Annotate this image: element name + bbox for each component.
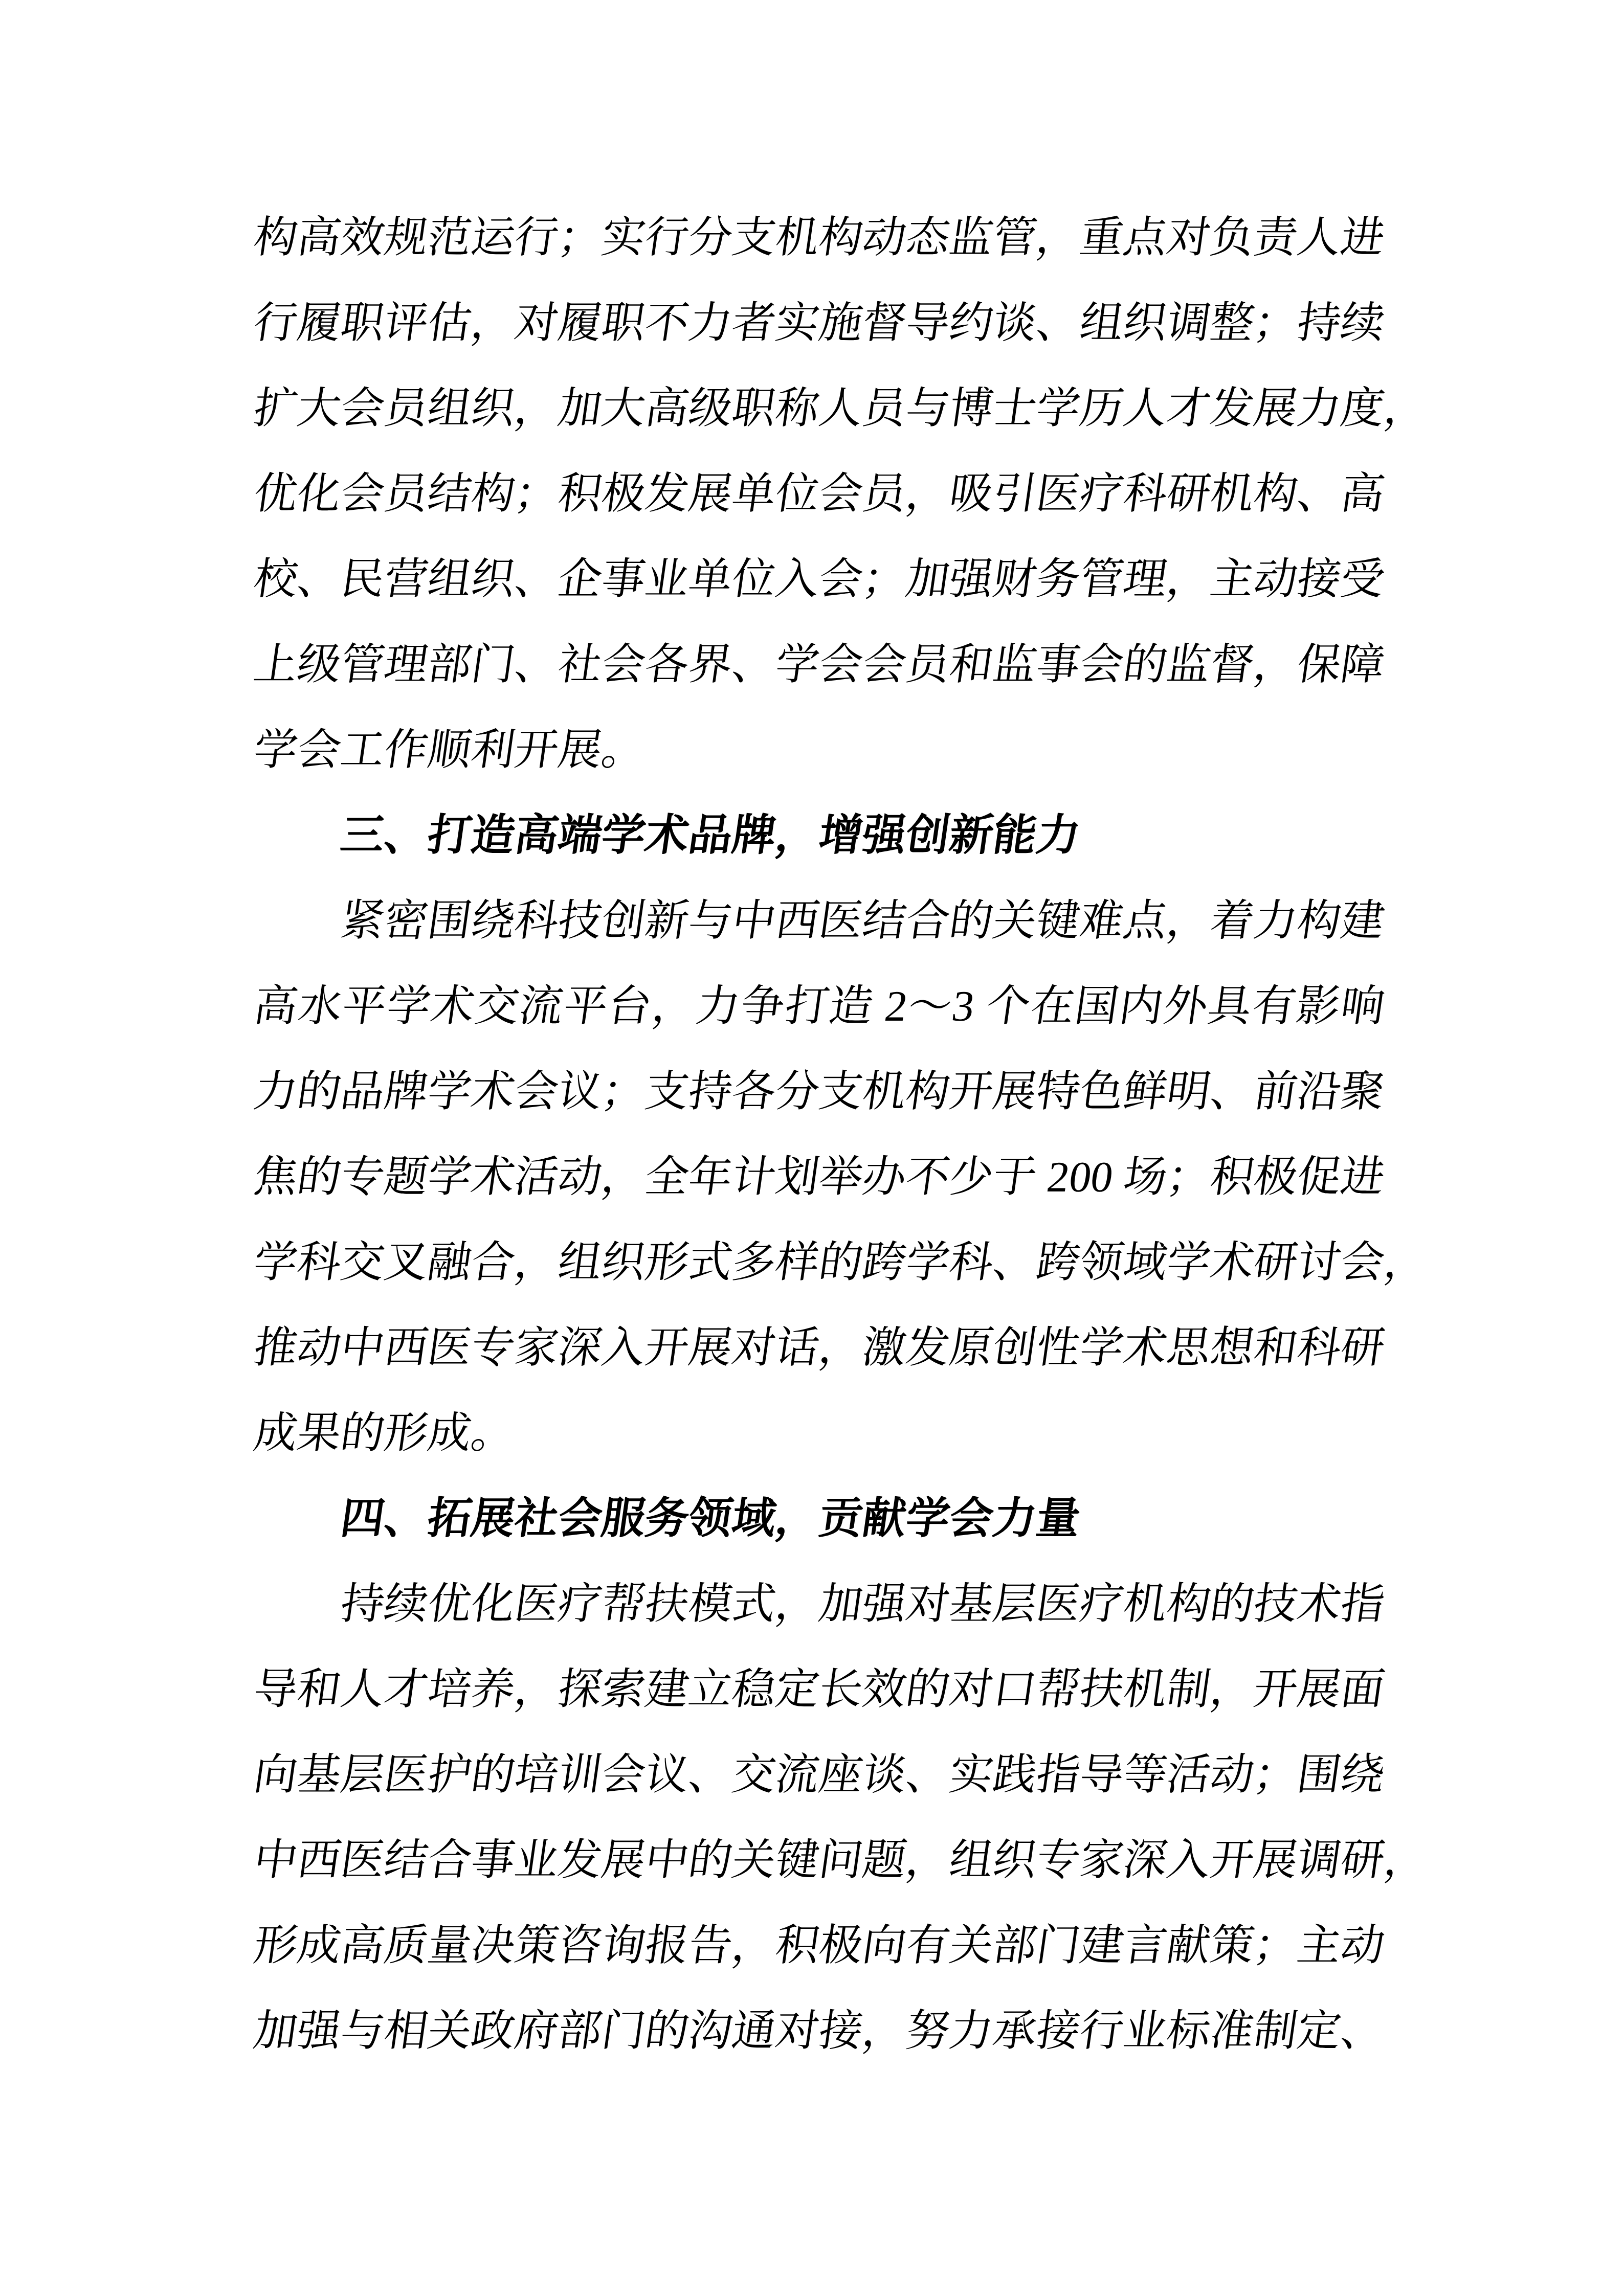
text-line: 焦的专题学术活动，全年计划举办不少于200场；积极促进 — [248, 1135, 1378, 1220]
document-content: 构高效规范运行；实行分支机构动态监管，重点对负责人进行履职评估，对履职不力者实施… — [248, 195, 1378, 2074]
text-line: 学会工作顺利开展。 — [248, 708, 1378, 793]
paragraph: 构高效规范运行；实行分支机构动态监管，重点对负责人进行履职评估，对履职不力者实施… — [248, 195, 1378, 793]
text-line: 紧密围绕科技创新与中西医结合的关键难点，着力构建 — [335, 879, 1378, 964]
text-line: 构高效规范运行；实行分支机构动态监管，重点对负责人进 — [248, 195, 1378, 281]
text-line: 力的品牌学术会议；支持各分支机构开展特色鲜明、前沿聚 — [248, 1049, 1378, 1135]
text-line: 高水平学术交流平台，力争打造2～3个在国内外具有影响 — [248, 964, 1378, 1049]
document-page: 构高效规范运行；实行分支机构动态监管，重点对负责人进行履职评估，对履职不力者实施… — [0, 0, 1624, 2296]
text-line: 扩大会员组织，加大高级职称人员与博士学历人才发展力度， — [248, 366, 1378, 452]
text-line: 成果的形成。 — [248, 1391, 1378, 1476]
text-line: 加强与相关政府部门的沟通对接，努力承接行业标准制定、 — [248, 1989, 1378, 2074]
text-line: 推动中西医专家深入开展对话，激发原创性学术思想和科研 — [248, 1305, 1378, 1391]
text-line: 形成高质量决策咨询报告，积极向有关部门建言献策；主动 — [248, 1903, 1378, 1989]
text-line: 上级管理部门、社会各界、学会会员和监事会的监督，保障 — [248, 622, 1378, 708]
section-heading: 三、打造高端学术品牌，增强创新能力 — [248, 793, 1378, 879]
text-line: 中西医结合事业发展中的关键问题，组织专家深入开展调研， — [248, 1818, 1378, 1903]
paragraph: 紧密围绕科技创新与中西医结合的关键难点，着力构建高水平学术交流平台，力争打造2～… — [248, 879, 1378, 1476]
text-line: 优化会员结构；积极发展单位会员，吸引医疗科研机构、高 — [248, 452, 1378, 537]
text-line: 导和人才培养，探索建立稳定长效的对口帮扶机制，开展面 — [248, 1647, 1378, 1732]
text-line: 持续优化医疗帮扶模式，加强对基层医疗机构的技术指 — [335, 1562, 1378, 1647]
heading-text-line: 三、打造高端学术品牌，增强创新能力 — [335, 793, 1378, 879]
text-line: 校、民营组织、企事业单位入会；加强财务管理，主动接受 — [248, 537, 1378, 622]
heading-text-line: 四、拓展社会服务领域，贡献学会力量 — [335, 1476, 1378, 1562]
text-line: 学科交叉融合，组织形式多样的跨学科、跨领域学术研讨会， — [248, 1220, 1378, 1305]
section-heading: 四、拓展社会服务领域，贡献学会力量 — [248, 1476, 1378, 1562]
paragraph: 持续优化医疗帮扶模式，加强对基层医疗机构的技术指导和人才培养，探索建立稳定长效的… — [248, 1562, 1378, 2074]
text-line: 行履职评估，对履职不力者实施督导约谈、组织调整；持续 — [248, 281, 1378, 366]
text-line: 向基层医护的培训会议、交流座谈、实践指导等活动；围绕 — [248, 1732, 1378, 1818]
